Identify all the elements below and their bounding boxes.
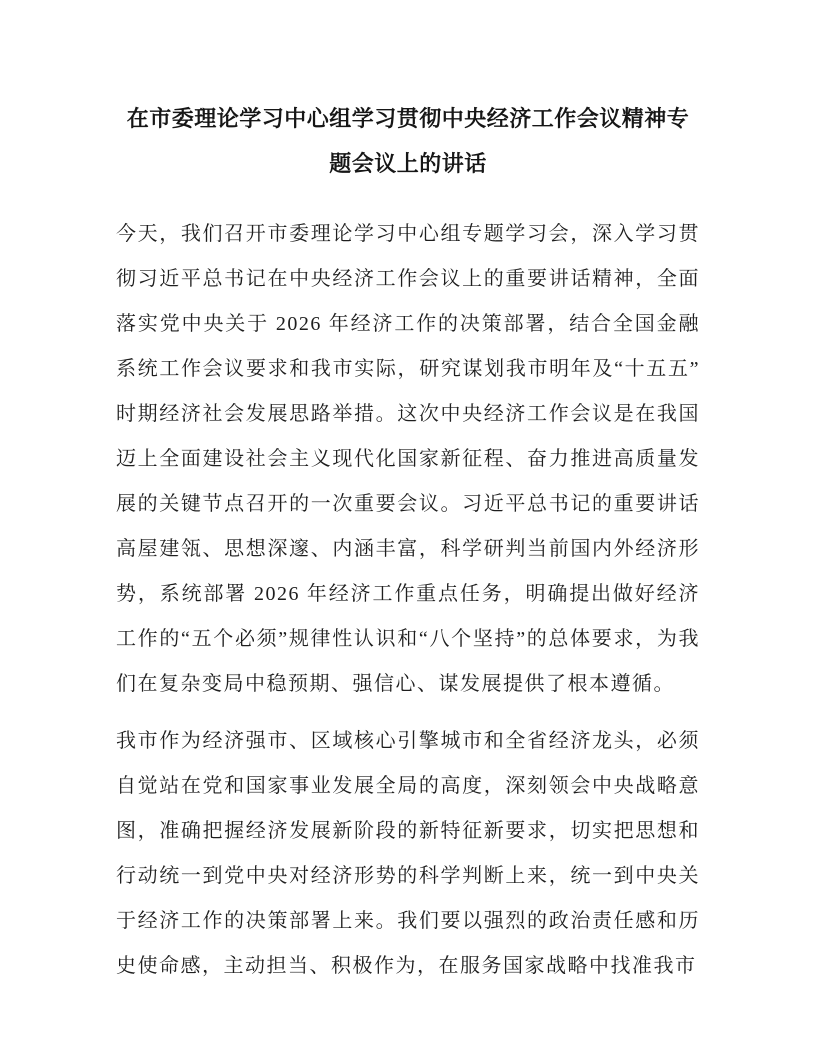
- paragraph: 我市作为经济强市、区域核心引擎城市和全省经济龙头，必须自觉站在党和国家事业发展全…: [116, 719, 700, 989]
- paragraph: 今天，我们召开市委理论学习中心组专题学习会，深入学习贯彻习近平总书记在中央经济工…: [116, 212, 700, 707]
- document-body: 今天，我们召开市委理论学习中心组专题学习会，深入学习贯彻习近平总书记在中央经济工…: [116, 212, 700, 989]
- document-page: 在市委理论学习中心组学习贯彻中央经济工作会议精神专题会议上的讲话 今天，我们召开…: [0, 0, 816, 1056]
- document-title: 在市委理论学习中心组学习贯彻中央经济工作会议精神专题会议上的讲话: [116, 96, 700, 186]
